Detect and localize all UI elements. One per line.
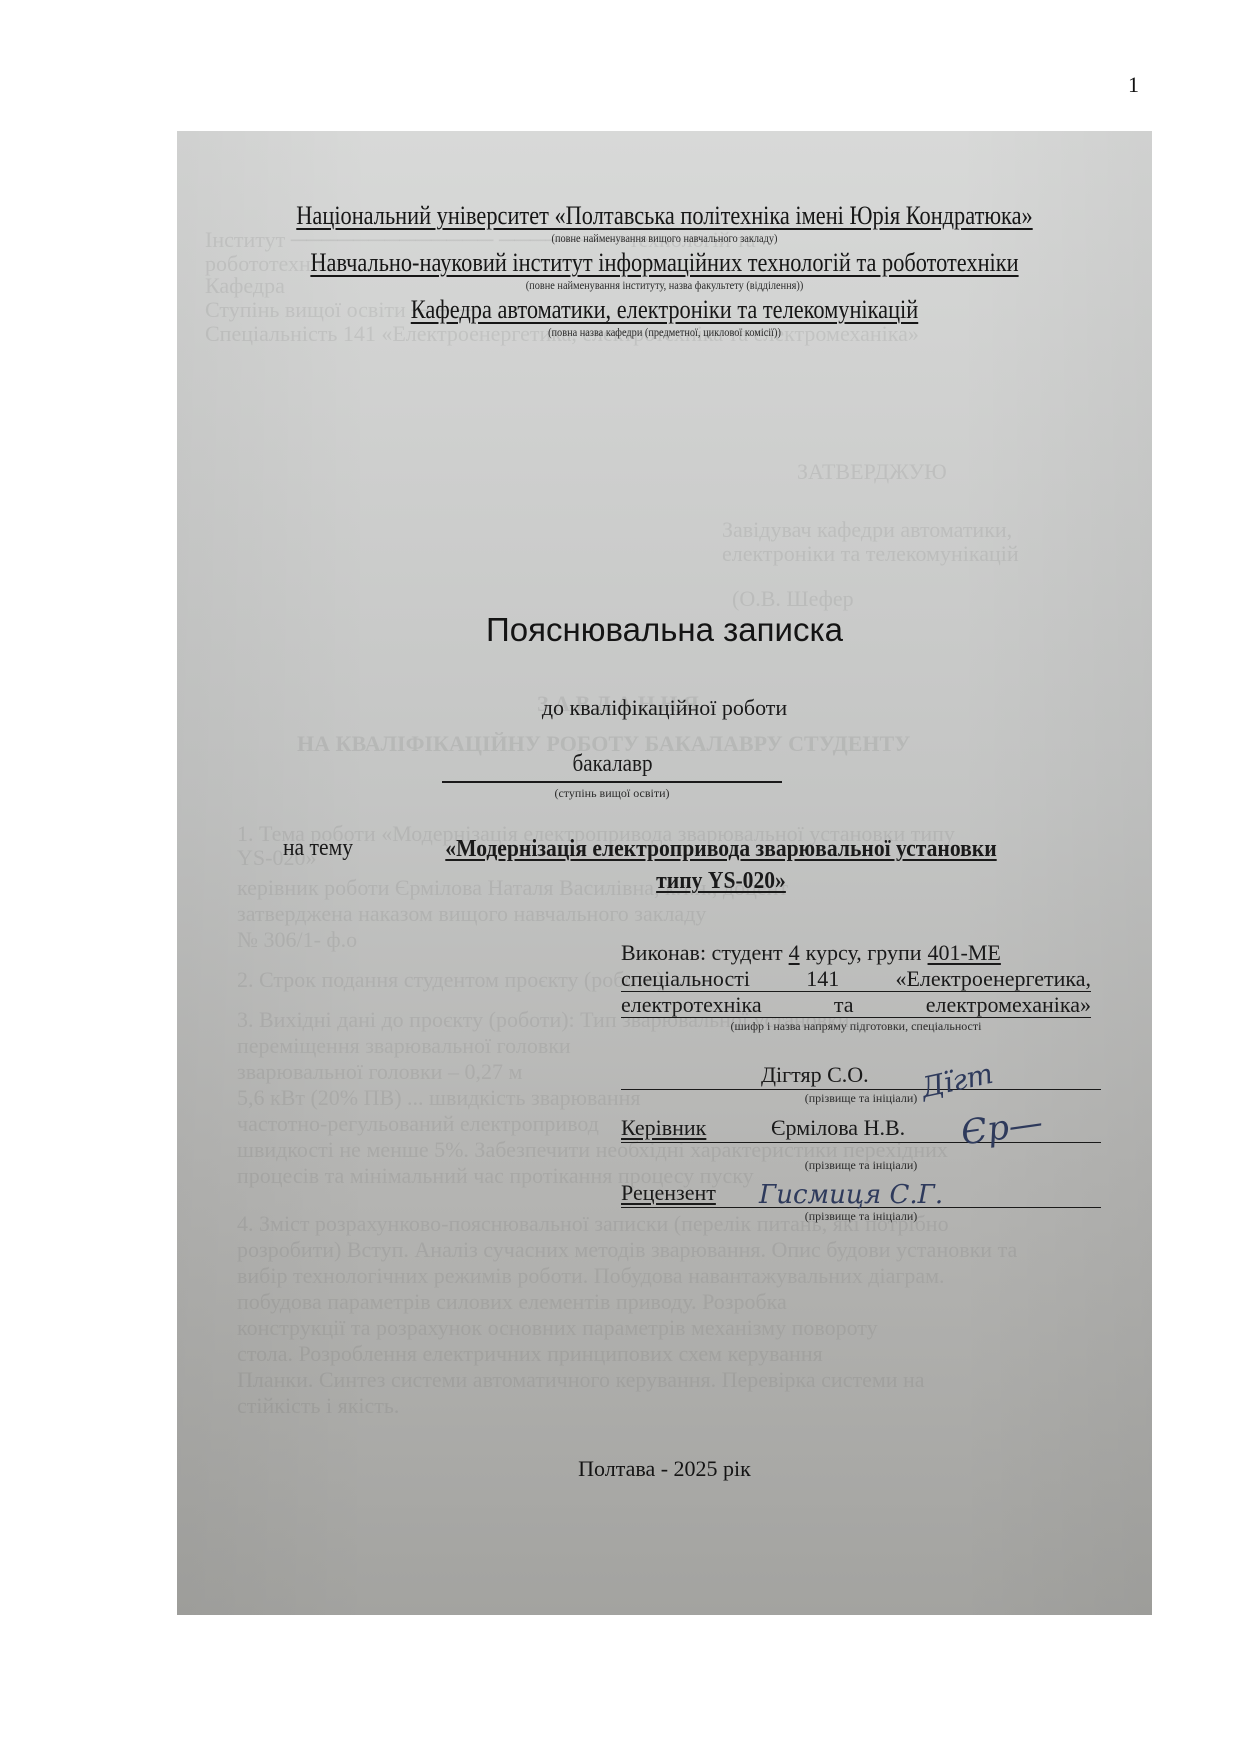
university-name: Національний університет «Полтавська пол…: [245, 201, 1084, 231]
executor-course-suffix: курсу, групи: [806, 939, 922, 966]
topic-line-2: типу YS-020»: [656, 868, 786, 894]
bleed-through-text: електроніки та телекомунікацій: [722, 541, 1019, 567]
bleed-through-text: Планки. Синтез системи автоматичного кер…: [237, 1367, 925, 1393]
document-title: Пояснювальна записка: [177, 611, 1152, 649]
bleed-through-text: стійкість і якість.: [237, 1393, 399, 1419]
reviewer-name-note: (прізвище та ініціали): [621, 1208, 1101, 1224]
supervisor-label: Керівник: [621, 1114, 706, 1142]
institute-note: (повне найменування інституту, назва фак…: [245, 278, 1084, 293]
document-photo: Інститут ───────────── ──────── технолог…: [177, 131, 1152, 1615]
specialty-code: 141: [806, 966, 839, 991]
bleed-through-text: побудова параметрів силових елементів пр…: [237, 1289, 787, 1315]
supervisor-signature-row: Керівник Єрмілова Н.В. Єр—: [621, 1112, 1101, 1143]
specialty-name-part4: електромеханіка»: [926, 992, 1091, 1017]
student-signature-row: Дігтяр С.О. Дїгт: [621, 1061, 1101, 1090]
bleed-through-text: частотно-регульований електропривод: [237, 1111, 599, 1137]
topic-line-1: «Модернізація електропривода зварювально…: [445, 836, 996, 862]
reviewer-label: Рецензент: [621, 1179, 716, 1207]
reviewer-signature: Гисмиця С.Г.: [759, 1181, 943, 1209]
supervisor-name-note: (прізвище та ініціали): [621, 1157, 1101, 1173]
institute-name: Навчально-науковий інститут інформаційни…: [245, 248, 1084, 278]
university-note: (повне найменування вищого навчального з…: [245, 231, 1084, 246]
executor-course: 4: [789, 939, 800, 966]
executor-block: Виконав: студент 4 курсу, групи 401-МЕ с…: [621, 939, 1091, 1034]
executor-prefix: Виконав: студент: [621, 939, 783, 966]
bleed-through-text: № 306/1- ф.о: [237, 927, 357, 953]
degree-note: (ступінь вищої освіти): [442, 786, 782, 801]
department-note: (повна назва кафедри (предметної, циклов…: [245, 325, 1084, 340]
bleed-through-text: (О.В. Шефер: [732, 586, 854, 612]
bleed-through-text: переміщення зварювальної головки: [237, 1033, 571, 1059]
city-year: Полтава - 2025 рік: [177, 1456, 1152, 1482]
degree-value: бакалавр: [572, 751, 652, 778]
document-subtitle: до кваліфікаційної роботи: [177, 695, 1152, 721]
specialty-name-part3: та: [834, 992, 854, 1017]
student-name: Дігтяр С.О.: [761, 1061, 869, 1089]
executor-group: 401-МЕ: [928, 939, 1001, 966]
bleed-through-text: розробити) Вступ. Аналіз сучасних методі…: [237, 1237, 1017, 1263]
supervisor-signature: Єр—: [959, 1108, 1044, 1147]
bleed-through-text: Завідувач кафедри автоматики,: [722, 517, 1012, 543]
specialty-note: (шифр і назва напряму підготовки, спеціа…: [621, 1018, 1091, 1034]
institution-header: Національний університет «Полтавська пол…: [245, 201, 1084, 340]
bleed-through-text: стола. Розроблення електричних принципов…: [237, 1341, 823, 1367]
bleed-through-text: зварювальної головки – 0,27 м: [237, 1059, 522, 1085]
topic-label: на тему: [283, 835, 353, 862]
bleed-through-text: 5,6 кВт (20% ПВ) ... швидкість зварюванн…: [237, 1085, 641, 1111]
specialty-name-part2: електротехніка: [621, 992, 762, 1017]
degree-value-line: бакалавр: [442, 751, 782, 783]
topic-value: «Модернізація електропривода зварювально…: [397, 833, 1045, 897]
department-name: Кафедра автоматики, електроніки та телек…: [245, 295, 1084, 325]
page-number: 1: [1128, 72, 1139, 98]
reviewer-signature-row: Рецензент Гисмиця С.Г.: [621, 1179, 1101, 1208]
specialty-word: спеціальності: [621, 966, 750, 991]
bleed-through-text: ЗАТВЕРДЖУЮ: [797, 459, 947, 485]
bleed-through-text: затверджена наказом вищого навчального з…: [237, 901, 706, 927]
specialty-name-part1: «Електроенергетика,: [895, 966, 1091, 991]
bleed-through-text: 2. Строк подання студентом проєкту (робо…: [237, 967, 664, 993]
supervisor-name: Єрмілова Н.В.: [771, 1114, 905, 1142]
signature-block: Дігтяр С.О. Дїгт (прізвище та ініціали) …: [621, 1049, 1101, 1224]
bleed-through-text: конструкції та розрахунок основних парам…: [237, 1315, 878, 1341]
bleed-through-text: вибір технологічних режимів роботи. Побу…: [237, 1263, 945, 1289]
